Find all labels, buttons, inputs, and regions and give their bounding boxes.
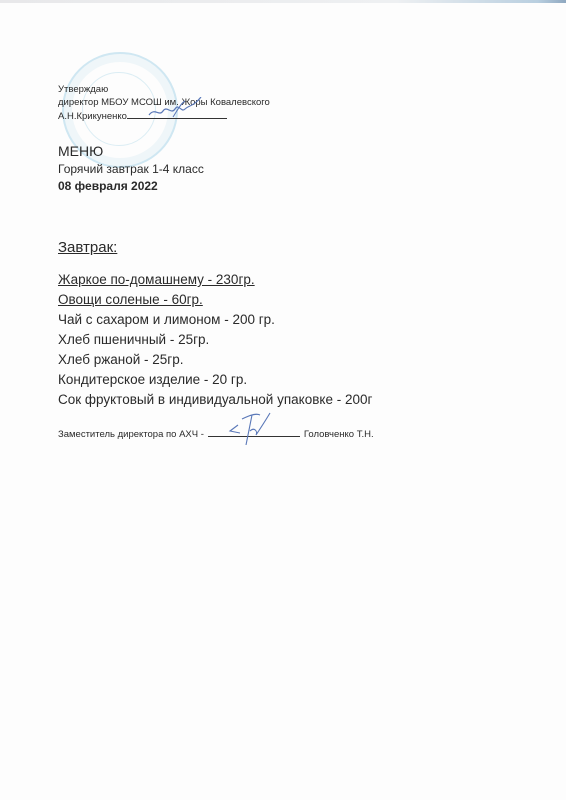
menu-date: 08 февраля 2022 — [58, 179, 158, 193]
approval-block: Утверждаю директор МБОУ МСОШ им. Жоры Ко… — [58, 84, 270, 124]
menu-item: Чай с сахаром и лимоном - 200 гр. — [58, 310, 372, 330]
approval-label: Утверждаю — [58, 84, 270, 97]
menu-items: Жаркое по-домашнему - 230гр.Овощи солены… — [58, 270, 372, 410]
scan-edge — [0, 0, 566, 3]
approver-name: А.Н.Крикуненко — [58, 111, 127, 122]
menu-title: МЕНЮ — [58, 143, 103, 159]
deputy-name: Головченко Т.Н. — [304, 429, 374, 440]
footer-signature: Заместитель директора по АХЧ - Головченк… — [58, 427, 374, 440]
menu-subtitle: Горячий завтрак 1-4 класс — [58, 162, 204, 176]
menu-item: Жаркое по-домашнему - 230гр. — [58, 270, 372, 290]
menu-item: Овощи соленые - 60гр. — [58, 290, 372, 310]
deputy-position: Заместитель директора по АХЧ - — [58, 429, 204, 440]
approval-signature-line: А.Н.Крикуненко — [58, 109, 270, 124]
menu-item: Кондитерское изделие - 20 гр. — [58, 370, 372, 390]
menu-item: Хлеб ржаной - 25гр. — [58, 350, 372, 370]
section-title: Завтрак: — [58, 239, 117, 256]
menu-item: Сок фруктовый в индивидуальной упаковке … — [58, 390, 372, 410]
menu-item: Хлеб пшеничный - 25гр. — [58, 330, 372, 350]
deputy-signature — [208, 427, 300, 437]
director-signature — [127, 109, 227, 119]
